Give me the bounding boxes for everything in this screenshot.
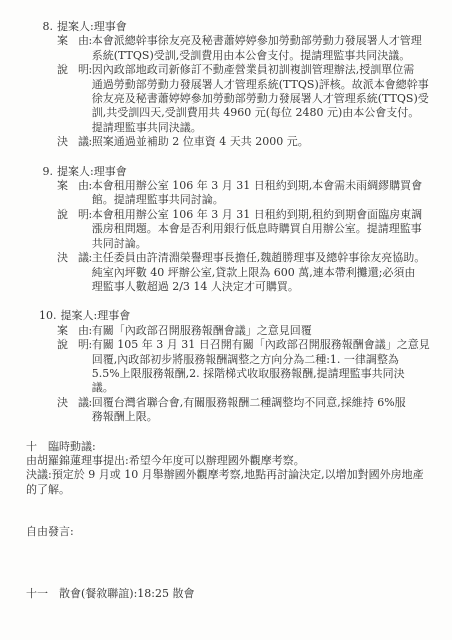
section-resolution: 決 議: 照案通過並補助 2 位車資 4 天共 2000 元。 — [57, 135, 444, 149]
section-explanation: 說 明: 因內政部地政司新修訂不動產營業員初訓複訓管理辦法,授訓單位需 通過勞動… — [57, 63, 444, 135]
text-line: 本會派總幹事徐友亮及秘書蕭婷婷參加勞動部勞動力發展署人才管理 — [92, 34, 444, 48]
text-line: 主任委員由許清淵榮譽理事長擔任,魏趙勝理事及總幹事徐友亮協助。 — [92, 251, 444, 265]
text-line: 有關 105 年 3 月 31 日召開有關「內政部召開服務報酬會議」之意見 — [92, 338, 444, 352]
text-line: 的了解。 — [26, 483, 444, 497]
section-explanation: 說 明: 本會租用辦公室 106 年 3 月 31 日租約到期,租約到期會面臨房… — [57, 208, 444, 251]
section-lines: 因內政部地政司新修訂不動產營業員初訓複訓管理辦法,授訓單位需 通過勞動部勞動力發… — [92, 63, 444, 135]
section-lines: 照案通過並補助 2 位車資 4 天共 2000 元。 — [92, 135, 444, 149]
proposal-proposer: 提案人:理事會 — [57, 20, 127, 34]
section-resolution: 決 議: 主任委員由許清淵榮譽理事長擔任,魏趙勝理事及總幹事徐友亮協助。 純室內… — [57, 251, 444, 294]
section-lines: 本會租用辦公室 106 年 3 月 31 日租約到期,本會需未雨綢繆購買會 館。… — [92, 179, 444, 208]
text-line: 系統(TTQS)受訓,受訓費用由本公會支付。提請理監事共同決議。 — [92, 49, 444, 63]
section-label: 說 明: — [57, 208, 92, 251]
proposal-number: 8. — [39, 20, 53, 34]
section-case: 案 由: 有關「內政部召開服務報酬會議」之意見回覆 — [57, 324, 444, 338]
proposal-proposer: 提案人:理事會 — [61, 309, 131, 323]
section-label: 決 議: — [57, 251, 92, 294]
section-lines: 有關 105 年 3 月 31 日召開有關「內政部召開服務報酬會議」之意見 回覆… — [92, 338, 444, 396]
section-lines: 本會租用辦公室 106 年 3 月 31 日租約到期,租約到期會面臨房東調 漲房… — [92, 208, 444, 251]
section-case: 案 由: 本會派總幹事徐友亮及秘書蕭婷婷參加勞動部勞動力發展署人才管理 系統(T… — [57, 34, 444, 63]
text-line: 因內政部地政司新修訂不動產營業員初訓複訓管理辦法,授訓單位需 — [92, 63, 444, 77]
proposal-number: 10. — [39, 309, 57, 323]
text-line: 本會租用辦公室 106 年 3 月 31 日租約到期,本會需未雨綢繆購買會 — [92, 179, 444, 193]
text-line: 提請理監事共同決議。 — [92, 121, 444, 135]
document-page: 8. 提案人:理事會 案 由: 本會派總幹事徐友亮及秘書蕭婷婷參加勞動部勞動力發… — [0, 0, 452, 640]
free-speech-heading: 自由發言: — [26, 525, 444, 539]
section-lines: 主任委員由許清淵榮譽理事長擔任,魏趙勝理事及總幹事徐友亮協助。 純室內坪數 40… — [92, 251, 444, 294]
text-line: 議。 — [92, 381, 444, 395]
proposal-proposer: 提案人:理事會 — [57, 165, 127, 179]
text-line: 回覆,內政部初步將服務報酬調整之方向分為二種:1. 一律調整為 — [92, 353, 444, 367]
text-line: 由胡羅錦蓮理事提出:希望今年度可以辦理國外觀摩考察。 — [26, 454, 444, 468]
section-case: 案 由: 本會租用辦公室 106 年 3 月 31 日租約到期,本會需未雨綢繆購… — [57, 179, 444, 208]
section-label: 說 明: — [57, 338, 92, 396]
section-label: 決 議: — [57, 396, 92, 425]
extempore-motions-section: 十 臨時動議: 由胡羅錦蓮理事提出:希望今年度可以辦理國外觀摩考察。 決議:預定… — [26, 440, 444, 498]
text-line: 5.5%上限服務報酬,2. 採階梯式收取服務報酬,提請理監事共同決 — [92, 367, 444, 381]
proposal-number: 9. — [39, 165, 53, 179]
section-label: 決 議: — [57, 135, 92, 149]
text-line: 純室內坪數 40 坪辦公室,貸款上限為 600 萬,連本帶利攤還;必須由 — [92, 266, 444, 280]
proposal-head-row: 9. 提案人:理事會 — [39, 165, 444, 179]
text-line: 照案通過並補助 2 位車資 4 天共 2000 元。 — [92, 135, 444, 149]
proposal-item-9: 9. 提案人:理事會 案 由: 本會租用辦公室 106 年 3 月 31 日租約… — [39, 165, 444, 295]
proposal-head-row: 10. 提案人:理事會 — [39, 309, 444, 323]
section-label: 說 明: — [57, 63, 92, 135]
text-line: 有關「內政部召開服務報酬會議」之意見回覆 — [92, 324, 444, 338]
section-lines: 本會派總幹事徐友亮及秘書蕭婷婷參加勞動部勞動力發展署人才管理 系統(TTQS)受… — [92, 34, 444, 63]
motions-heading: 十 臨時動議: — [26, 440, 444, 454]
text-line: 訓,共受訓四天,受訓費用共 4960 元(每位 2480 元)由本公會支付。 — [92, 106, 444, 120]
adjournment-text: 十一 散會(餐敘聯誼):18:25 散會 — [26, 587, 444, 601]
text-line: 理監事人數超過 2/3 14 人決定才可購買。 — [92, 280, 444, 294]
text-line: 本會租用辦公室 106 年 3 月 31 日租約到期,租約到期會面臨房東調 — [92, 208, 444, 222]
section-lines: 有關「內政部召開服務報酬會議」之意見回覆 — [92, 324, 444, 338]
text-line: 共同討論。 — [92, 237, 444, 251]
free-speech-section: 自由發言: — [26, 525, 444, 539]
section-resolution: 決 議: 回覆台灣省聯合會,有關服務報酬二種調整均不同意,採維持 6%服 務報酬… — [57, 396, 444, 425]
adjournment-section: 十一 散會(餐敘聯誼):18:25 散會 — [26, 587, 444, 601]
section-label: 案 由: — [57, 34, 92, 63]
section-lines: 回覆台灣省聯合會,有關服務報酬二種調整均不同意,採維持 6%服 務報酬上限。 — [92, 396, 444, 425]
section-label: 案 由: — [57, 179, 92, 208]
text-line: 回覆台灣省聯合會,有關服務報酬二種調整均不同意,採維持 6%服 — [92, 396, 444, 410]
section-label: 案 由: — [57, 324, 92, 338]
text-line: 徐友亮及秘書蕭婷婷參加勞動部勞動力發展署人才管理系統(TTQS)受 — [92, 92, 444, 106]
proposal-item-8: 8. 提案人:理事會 案 由: 本會派總幹事徐友亮及秘書蕭婷婷參加勞動部勞動力發… — [39, 20, 444, 150]
text-line: 通過勞動部勞動力發展署人才管理系統(TTQS)評核。故派本會總幹事 — [92, 78, 444, 92]
proposal-head-row: 8. 提案人:理事會 — [39, 20, 444, 34]
text-line: 館。提請理監事共同討論。 — [92, 193, 444, 207]
proposal-item-10: 10. 提案人:理事會 案 由: 有關「內政部召開服務報酬會議」之意見回覆 說 … — [39, 309, 444, 424]
text-line: 漲房租問題。本會是否利用銀行低息時購買自用辦公室。提請理監事 — [92, 222, 444, 236]
text-line: 決議:預定於 9 月或 10 月舉辦國外觀摩考察,地點再討論決定,以增加對國外房… — [26, 468, 444, 482]
text-line: 務報酬上限。 — [92, 410, 444, 424]
section-explanation: 說 明: 有關 105 年 3 月 31 日召開有關「內政部召開服務報酬會議」之… — [57, 338, 444, 396]
